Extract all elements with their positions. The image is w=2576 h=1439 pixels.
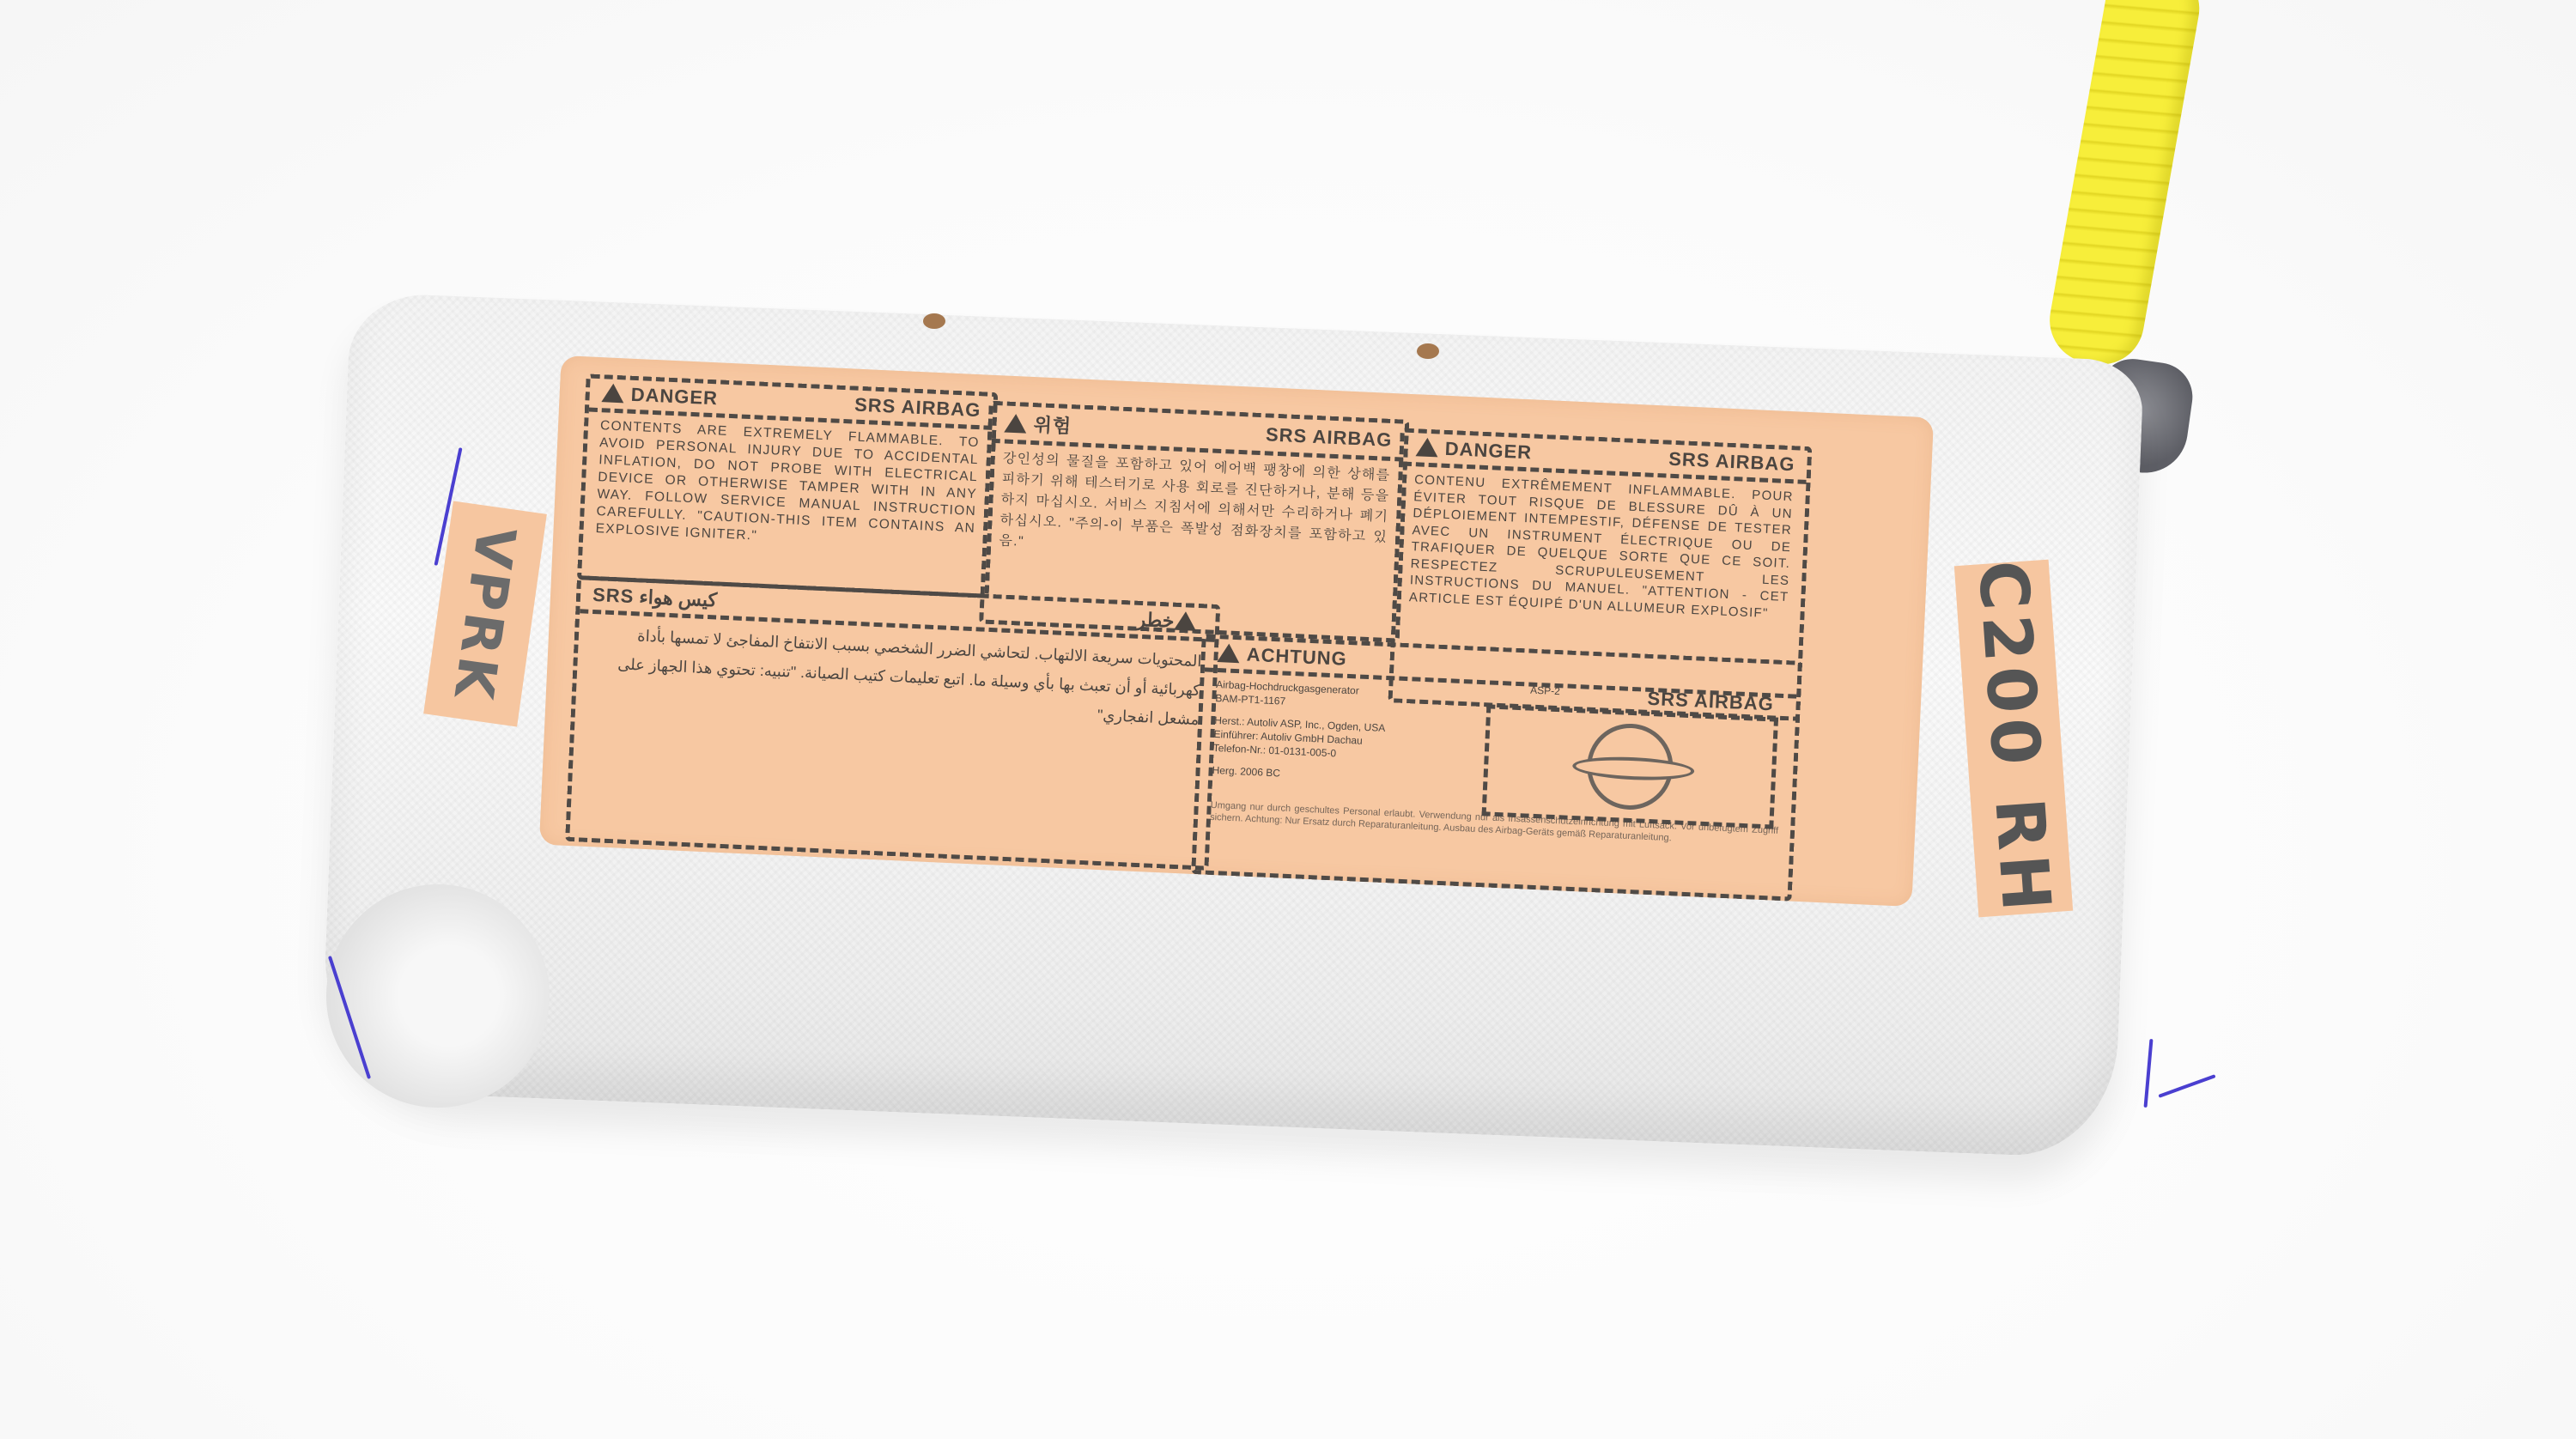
tag-left-text: VPRK [442,522,529,705]
label-panel-arabic: خطر كيس هواء SRS المحتويات سريعة الالتها… [565,575,1220,871]
panel-system: SRS AIRBAG [854,394,981,422]
mounting-stud [1417,343,1439,359]
warning-label: DANGER SRS AIRBAG Contents are extremely… [539,355,1934,907]
panel-title: DANGER [630,384,718,410]
panel-title: خطر [1136,609,1175,632]
panel-title: DANGER [1444,438,1532,464]
warning-triangle-icon [1217,643,1240,663]
panel-body: Contents are extremely flammable. To avo… [583,412,992,561]
panel-body: Contenu extrêmement inflammable. Pour év… [1396,466,1806,628]
label-panel-english: DANGER SRS AIRBAG Contents are extremely… [577,373,998,598]
panel-system: SRS AIRBAG [1647,688,1774,716]
warning-triangle-icon [601,383,624,403]
panel-system: كيس هواء SRS [592,584,718,612]
mounting-stud [923,313,945,329]
panel-body: 강인성의 물질을 포함하고 있어 에어백 팽창에 의한 상해를 피하기 위해 테… [987,443,1403,575]
warning-triangle-icon [1415,437,1438,457]
panel-title: ACHTUNG [1246,644,1347,670]
tag-right-text: C200 RH [1963,558,2065,919]
model-code: ASP-2 [1530,684,1560,698]
label-panel-german: ACHTUNG ASP-2 SRS AIRBAG Airbag-Hochdruc… [1191,634,1802,901]
panel-title: 위험 [1033,414,1072,437]
manufacturer-logo-icon [1585,722,1674,811]
warning-triangle-icon [1004,414,1027,434]
panel-system: SRS AIRBAG [1668,448,1795,477]
warning-triangle-icon [1174,611,1197,631]
airbag-rolled-end [326,884,550,1108]
panel-system: SRS AIRBAG [1266,423,1393,452]
